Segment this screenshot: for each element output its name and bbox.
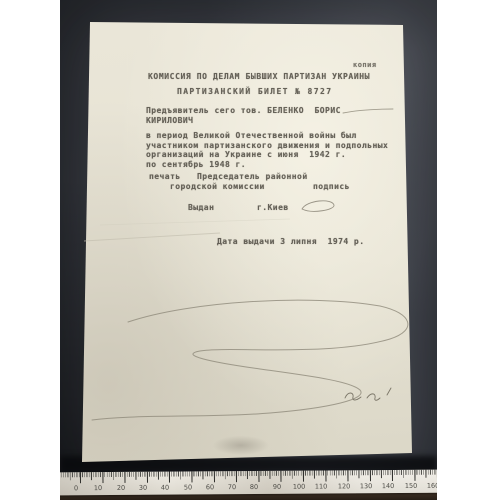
service-period-line: в период Великой Отечественной войны был <box>146 131 357 140</box>
ruler-number: 40 <box>161 484 169 492</box>
service-period-line: участником партизанского движения и подп… <box>146 141 388 150</box>
holder-patronymic: КИРИЛОВИЧ <box>146 116 193 125</box>
copy-stamp-label: копия <box>353 61 377 69</box>
ruler-number: 0 <box>74 484 78 492</box>
ruler-number: 80 <box>250 483 258 491</box>
seal-label: печать <box>149 172 181 181</box>
ruler-number: 70 <box>228 483 236 491</box>
service-period-paragraph: в период Великой Отечественной войны был… <box>146 131 388 169</box>
holder-line: Предъявитель сего тов. БЕЛЕНКО БОРИС <box>146 106 341 115</box>
ruler-number: 20 <box>117 484 125 492</box>
ruler-number: 160 <box>427 482 437 490</box>
commission-title: КОМИССИЯ ПО ДЕЛАМ БЫВШИХ ПАРТИЗАН УКРАИН… <box>148 72 370 81</box>
issued-city: г.Киев <box>257 203 289 212</box>
service-period-line: по сентябрь 1948 г. <box>146 160 246 169</box>
ruler-number: 120 <box>338 482 350 490</box>
ruler-number: 100 <box>293 483 305 491</box>
ruler: 0 10 20 30 40 50 60 70 80 90 100 110 120… <box>60 470 437 496</box>
ruler-number: 90 <box>273 483 281 491</box>
signature-label: подпись <box>313 182 350 191</box>
document-photo: 0 10 20 30 40 50 60 70 80 90 100 110 120… <box>60 0 437 500</box>
ticket-number-line: ПАРТИЗАНСКИЙ БИЛЕТ № 8727 <box>177 87 332 96</box>
ruler-number: 30 <box>139 484 147 492</box>
ruler-number: 10 <box>94 484 102 492</box>
ruler-number: 150 <box>405 482 417 490</box>
ruler-number: 110 <box>315 482 327 490</box>
ruler-number: 140 <box>382 482 394 490</box>
document-paper: копия КОМИССИЯ ПО ДЕЛАМ БЫВШИХ ПАРТИЗАН … <box>82 22 413 463</box>
issue-date-line: Дата выдачи 3 липня 1974 р. <box>217 237 364 246</box>
issued-label: Выдан <box>188 203 214 212</box>
service-period-line: организаций на Украине с июня 1942 г. <box>146 150 346 159</box>
chairman-title-line2: городской комиссии <box>170 182 265 191</box>
ruler-number: 60 <box>206 483 214 491</box>
chairman-title-line1: Председатель районной <box>197 172 308 181</box>
ruler-cm-ticks <box>60 470 437 484</box>
ruler-number: 130 <box>360 482 372 490</box>
ruler-number: 50 <box>184 483 192 491</box>
